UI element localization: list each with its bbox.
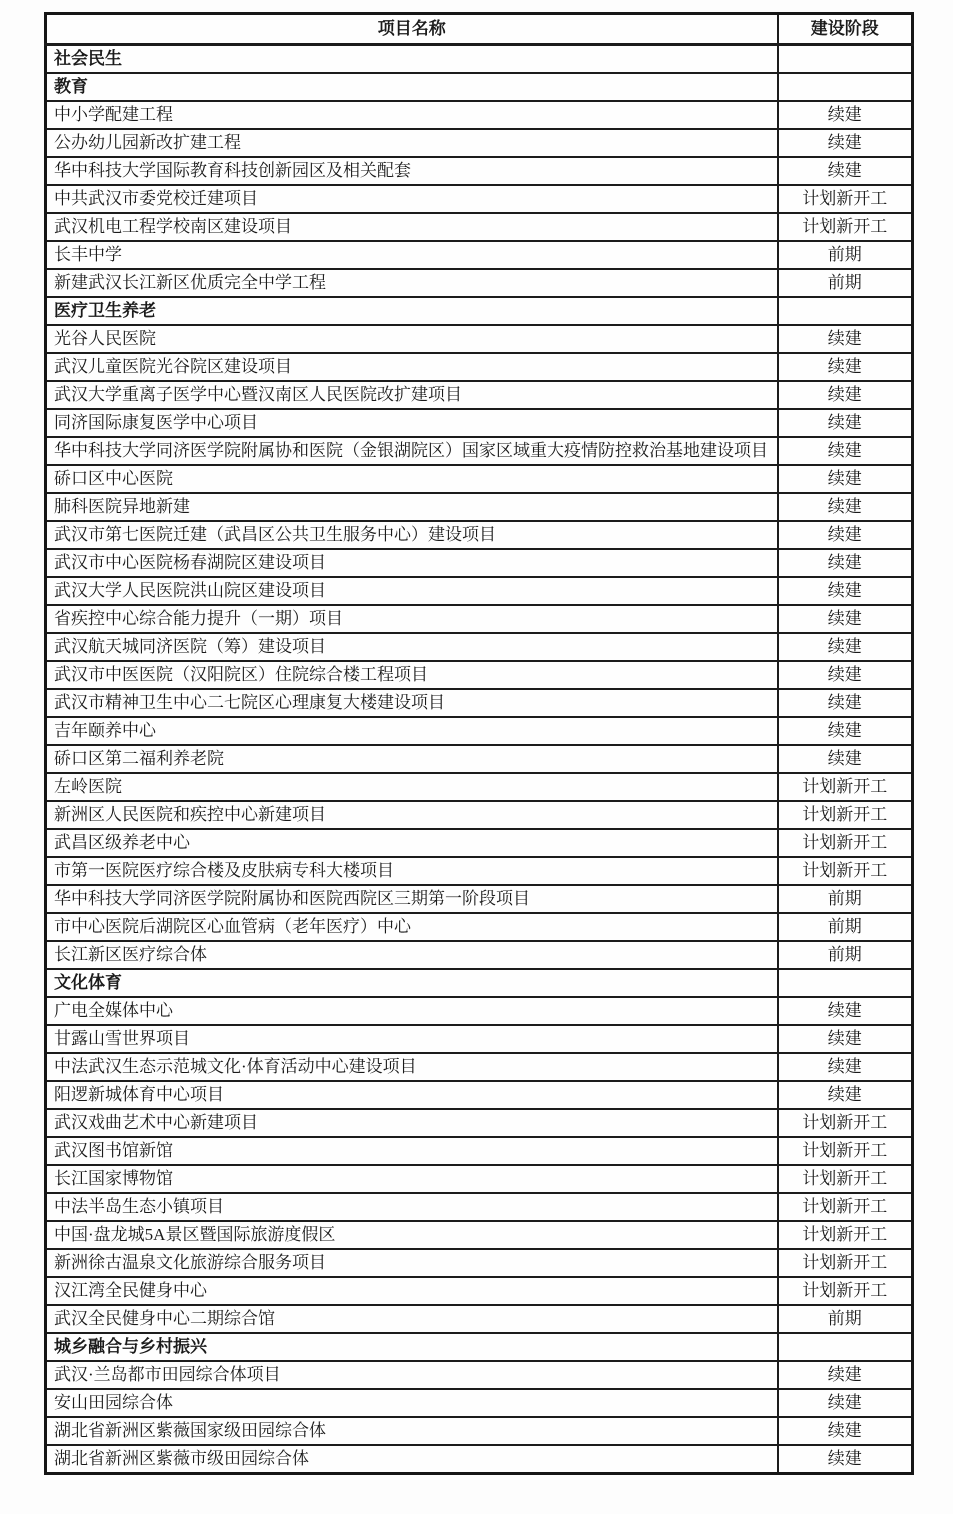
project-name-cell: 广电全媒体中心 <box>46 997 778 1025</box>
project-name-cell: 市第一医院医疗综合楼及皮肤病专科大楼项目 <box>46 857 778 885</box>
construction-stage-cell: 计划新开工 <box>778 1193 913 1221</box>
construction-stage-cell: 续建 <box>778 1053 913 1081</box>
construction-stage-cell: 前期 <box>778 885 913 913</box>
project-name-cell: 公办幼儿园新改扩建工程 <box>46 129 778 157</box>
construction-stage-cell: 续建 <box>778 521 913 549</box>
construction-stage-cell: 续建 <box>778 409 913 437</box>
table-row: 武汉市精神卫生中心二七院区心理康复大楼建设项目续建 <box>46 689 913 717</box>
table-row: 新洲区人民医院和疾控中心新建项目计划新开工 <box>46 801 913 829</box>
table-row: 新洲徐古温泉文化旅游综合服务项目计划新开工 <box>46 1249 913 1277</box>
construction-stage-cell: 前期 <box>778 1305 913 1333</box>
table-row: 武汉市中医医院（汉阳院区）住院综合楼工程项目续建 <box>46 661 913 689</box>
construction-stage-cell: 续建 <box>778 689 913 717</box>
project-name-cell: 湖北省新洲区紫薇国家级田园综合体 <box>46 1417 778 1445</box>
construction-stage-cell: 计划新开工 <box>778 213 913 241</box>
table-row: 新建武汉长江新区优质完全中学工程前期 <box>46 269 913 297</box>
construction-stage-cell: 续建 <box>778 325 913 353</box>
construction-stage-cell: 续建 <box>778 1389 913 1417</box>
project-name-cell: 武汉航天城同济医院（筹）建设项目 <box>46 633 778 661</box>
table-row: 武汉市中心医院杨春湖院区建设项目续建 <box>46 549 913 577</box>
column-header-project-name: 项目名称 <box>46 14 778 45</box>
project-name-cell: 市中心医院后湖院区心血管病（老年医疗）中心 <box>46 913 778 941</box>
construction-stage-cell: 续建 <box>778 661 913 689</box>
section-title-cell: 文化体育 <box>46 969 778 997</box>
construction-stage-cell: 续建 <box>778 1025 913 1053</box>
project-name-cell: 中法武汉生态示范城文化·体育活动中心建设项目 <box>46 1053 778 1081</box>
section-title-cell: 城乡融合与乡村振兴 <box>46 1333 778 1361</box>
construction-stage-cell: 续建 <box>778 381 913 409</box>
project-name-cell: 中法半岛生态小镇项目 <box>46 1193 778 1221</box>
construction-stage-cell: 计划新开工 <box>778 1249 913 1277</box>
header-row: 项目名称 建设阶段 <box>46 14 913 45</box>
construction-stage-cell: 计划新开工 <box>778 829 913 857</box>
construction-stage-cell: 计划新开工 <box>778 857 913 885</box>
table-row: 武汉机电工程学校南区建设项目计划新开工 <box>46 213 913 241</box>
table-row: 左岭医院计划新开工 <box>46 773 913 801</box>
construction-stage-cell: 续建 <box>778 157 913 185</box>
table-row: 武汉·兰岛都市田园综合体项目续建 <box>46 1361 913 1389</box>
project-name-cell: 中共武汉市委党校迁建项目 <box>46 185 778 213</box>
construction-stage-cell <box>778 45 913 74</box>
construction-stage-cell: 续建 <box>778 997 913 1025</box>
table-row: 湖北省新洲区紫薇市级田园综合体续建 <box>46 1445 913 1474</box>
construction-stage-cell: 计划新开工 <box>778 773 913 801</box>
table-row: 广电全媒体中心续建 <box>46 997 913 1025</box>
construction-stage-cell: 续建 <box>778 577 913 605</box>
section-title-cell: 社会民生 <box>46 45 778 74</box>
project-name-cell: 安山田园综合体 <box>46 1389 778 1417</box>
project-name-cell: 华中科技大学国际教育科技创新园区及相关配套 <box>46 157 778 185</box>
project-name-cell: 汉江湾全民健身中心 <box>46 1277 778 1305</box>
construction-stage-cell: 续建 <box>778 745 913 773</box>
project-name-cell: 新洲徐古温泉文化旅游综合服务项目 <box>46 1249 778 1277</box>
project-name-cell: 武汉市第七医院迁建（武昌区公共卫生服务中心）建设项目 <box>46 521 778 549</box>
construction-stage-cell: 计划新开工 <box>778 1221 913 1249</box>
project-name-cell: 甘露山雪世界项目 <box>46 1025 778 1053</box>
construction-stage-cell: 计划新开工 <box>778 1137 913 1165</box>
construction-stage-cell: 续建 <box>778 493 913 521</box>
section-row: 城乡融合与乡村振兴 <box>46 1333 913 1361</box>
project-name-cell: 武汉儿童医院光谷院区建设项目 <box>46 353 778 381</box>
table-row: 中国·盘龙城5A景区暨国际旅游度假区计划新开工 <box>46 1221 913 1249</box>
project-name-cell: 武昌区级养老中心 <box>46 829 778 857</box>
table-row: 光谷人民医院续建 <box>46 325 913 353</box>
project-table: 项目名称 建设阶段 社会民生教育中小学配建工程续建公办幼儿园新改扩建工程续建华中… <box>44 12 914 1475</box>
table-row: 华中科技大学国际教育科技创新园区及相关配套续建 <box>46 157 913 185</box>
project-name-cell: 左岭医院 <box>46 773 778 801</box>
section-row: 社会民生 <box>46 45 913 74</box>
construction-stage-cell: 续建 <box>778 717 913 745</box>
construction-stage-cell <box>778 297 913 325</box>
table-row: 武汉航天城同济医院（筹）建设项目续建 <box>46 633 913 661</box>
table-row: 湖北省新洲区紫薇国家级田园综合体续建 <box>46 1417 913 1445</box>
construction-stage-cell: 前期 <box>778 269 913 297</box>
project-name-cell: 长丰中学 <box>46 241 778 269</box>
construction-stage-cell <box>778 1333 913 1361</box>
construction-stage-cell: 续建 <box>778 465 913 493</box>
table-row: 公办幼儿园新改扩建工程续建 <box>46 129 913 157</box>
project-table-body: 社会民生教育中小学配建工程续建公办幼儿园新改扩建工程续建华中科技大学国际教育科技… <box>46 45 913 1474</box>
table-row: 武汉戏曲艺术中心新建项目计划新开工 <box>46 1109 913 1137</box>
project-name-cell: 武汉大学人民医院洪山院区建设项目 <box>46 577 778 605</box>
project-name-cell: 武汉·兰岛都市田园综合体项目 <box>46 1361 778 1389</box>
table-row: 武昌区级养老中心计划新开工 <box>46 829 913 857</box>
table-row: 市第一医院医疗综合楼及皮肤病专科大楼项目计划新开工 <box>46 857 913 885</box>
construction-stage-cell <box>778 73 913 101</box>
construction-stage-cell: 续建 <box>778 633 913 661</box>
table-row: 武汉儿童医院光谷院区建设项目续建 <box>46 353 913 381</box>
construction-stage-cell: 续建 <box>778 1361 913 1389</box>
table-row: 长江国家博物馆计划新开工 <box>46 1165 913 1193</box>
construction-stage-cell: 续建 <box>778 437 913 465</box>
table-row: 武汉大学重离子医学中心暨汉南区人民医院改扩建项目续建 <box>46 381 913 409</box>
project-name-cell: 长江新区医疗综合体 <box>46 941 778 969</box>
project-name-cell: 吉年颐养中心 <box>46 717 778 745</box>
section-title-cell: 医疗卫生养老 <box>46 297 778 325</box>
table-row: 武汉全民健身中心二期综合馆前期 <box>46 1305 913 1333</box>
construction-stage-cell: 续建 <box>778 1417 913 1445</box>
table-row: 硚口区第二福利养老院续建 <box>46 745 913 773</box>
table-row: 安山田园综合体续建 <box>46 1389 913 1417</box>
section-row: 教育 <box>46 73 913 101</box>
table-row: 阳逻新城体育中心项目续建 <box>46 1081 913 1109</box>
document-page: 项目名称 建设阶段 社会民生教育中小学配建工程续建公办幼儿园新改扩建工程续建华中… <box>0 0 953 1514</box>
project-name-cell: 长江国家博物馆 <box>46 1165 778 1193</box>
construction-stage-cell: 续建 <box>778 605 913 633</box>
table-row: 市中心医院后湖院区心血管病（老年医疗）中心前期 <box>46 913 913 941</box>
table-header: 项目名称 建设阶段 <box>46 14 913 45</box>
construction-stage-cell <box>778 969 913 997</box>
column-header-construction-stage: 建设阶段 <box>778 14 913 45</box>
project-name-cell: 肺科医院异地新建 <box>46 493 778 521</box>
construction-stage-cell: 计划新开工 <box>778 1109 913 1137</box>
construction-stage-cell: 前期 <box>778 913 913 941</box>
table-row: 省疾控中心综合能力提升（一期）项目续建 <box>46 605 913 633</box>
project-name-cell: 阳逻新城体育中心项目 <box>46 1081 778 1109</box>
table-row: 汉江湾全民健身中心计划新开工 <box>46 1277 913 1305</box>
construction-stage-cell: 前期 <box>778 941 913 969</box>
project-name-cell: 华中科技大学同济医学院附属协和医院西院区三期第一阶段项目 <box>46 885 778 913</box>
project-name-cell: 武汉机电工程学校南区建设项目 <box>46 213 778 241</box>
table-row: 中法半岛生态小镇项目计划新开工 <box>46 1193 913 1221</box>
construction-stage-cell: 续建 <box>778 353 913 381</box>
project-name-cell: 光谷人民医院 <box>46 325 778 353</box>
construction-stage-cell: 计划新开工 <box>778 185 913 213</box>
table-row: 长江新区医疗综合体前期 <box>46 941 913 969</box>
table-row: 华中科技大学同济医学院附属协和医院（金银湖院区）国家区域重大疫情防控救治基地建设… <box>46 437 913 465</box>
construction-stage-cell: 续建 <box>778 549 913 577</box>
table-row: 中共武汉市委党校迁建项目计划新开工 <box>46 185 913 213</box>
table-row: 甘露山雪世界项目续建 <box>46 1025 913 1053</box>
section-title-cell: 教育 <box>46 73 778 101</box>
table-row: 长丰中学前期 <box>46 241 913 269</box>
section-row: 医疗卫生养老 <box>46 297 913 325</box>
section-row: 文化体育 <box>46 969 913 997</box>
table-row: 中法武汉生态示范城文化·体育活动中心建设项目续建 <box>46 1053 913 1081</box>
table-row: 硚口区中心医院续建 <box>46 465 913 493</box>
project-name-cell: 武汉大学重离子医学中心暨汉南区人民医院改扩建项目 <box>46 381 778 409</box>
project-name-cell: 省疾控中心综合能力提升（一期）项目 <box>46 605 778 633</box>
table-row: 中小学配建工程续建 <box>46 101 913 129</box>
table-row: 肺科医院异地新建续建 <box>46 493 913 521</box>
table-row: 同济国际康复医学中心项目续建 <box>46 409 913 437</box>
construction-stage-cell: 续建 <box>778 101 913 129</box>
table-row: 武汉市第七医院迁建（武昌区公共卫生服务中心）建设项目续建 <box>46 521 913 549</box>
table-row: 吉年颐养中心续建 <box>46 717 913 745</box>
construction-stage-cell: 计划新开工 <box>778 1165 913 1193</box>
project-name-cell: 武汉市中心医院杨春湖院区建设项目 <box>46 549 778 577</box>
project-name-cell: 武汉戏曲艺术中心新建项目 <box>46 1109 778 1137</box>
project-name-cell: 武汉图书馆新馆 <box>46 1137 778 1165</box>
construction-stage-cell: 计划新开工 <box>778 1277 913 1305</box>
project-name-cell: 湖北省新洲区紫薇市级田园综合体 <box>46 1445 778 1474</box>
project-name-cell: 同济国际康复医学中心项目 <box>46 409 778 437</box>
project-name-cell: 硚口区中心医院 <box>46 465 778 493</box>
construction-stage-cell: 续建 <box>778 1081 913 1109</box>
project-name-cell: 新建武汉长江新区优质完全中学工程 <box>46 269 778 297</box>
construction-stage-cell: 前期 <box>778 241 913 269</box>
project-name-cell: 华中科技大学同济医学院附属协和医院（金银湖院区）国家区域重大疫情防控救治基地建设… <box>46 437 778 465</box>
construction-stage-cell: 续建 <box>778 129 913 157</box>
project-name-cell: 中小学配建工程 <box>46 101 778 129</box>
construction-stage-cell: 计划新开工 <box>778 801 913 829</box>
project-name-cell: 新洲区人民医院和疾控中心新建项目 <box>46 801 778 829</box>
table-row: 华中科技大学同济医学院附属协和医院西院区三期第一阶段项目前期 <box>46 885 913 913</box>
project-name-cell: 硚口区第二福利养老院 <box>46 745 778 773</box>
table-row: 武汉图书馆新馆计划新开工 <box>46 1137 913 1165</box>
table-row: 武汉大学人民医院洪山院区建设项目续建 <box>46 577 913 605</box>
construction-stage-cell: 续建 <box>778 1445 913 1474</box>
project-name-cell: 武汉市精神卫生中心二七院区心理康复大楼建设项目 <box>46 689 778 717</box>
project-name-cell: 中国·盘龙城5A景区暨国际旅游度假区 <box>46 1221 778 1249</box>
project-name-cell: 武汉市中医医院（汉阳院区）住院综合楼工程项目 <box>46 661 778 689</box>
project-name-cell: 武汉全民健身中心二期综合馆 <box>46 1305 778 1333</box>
